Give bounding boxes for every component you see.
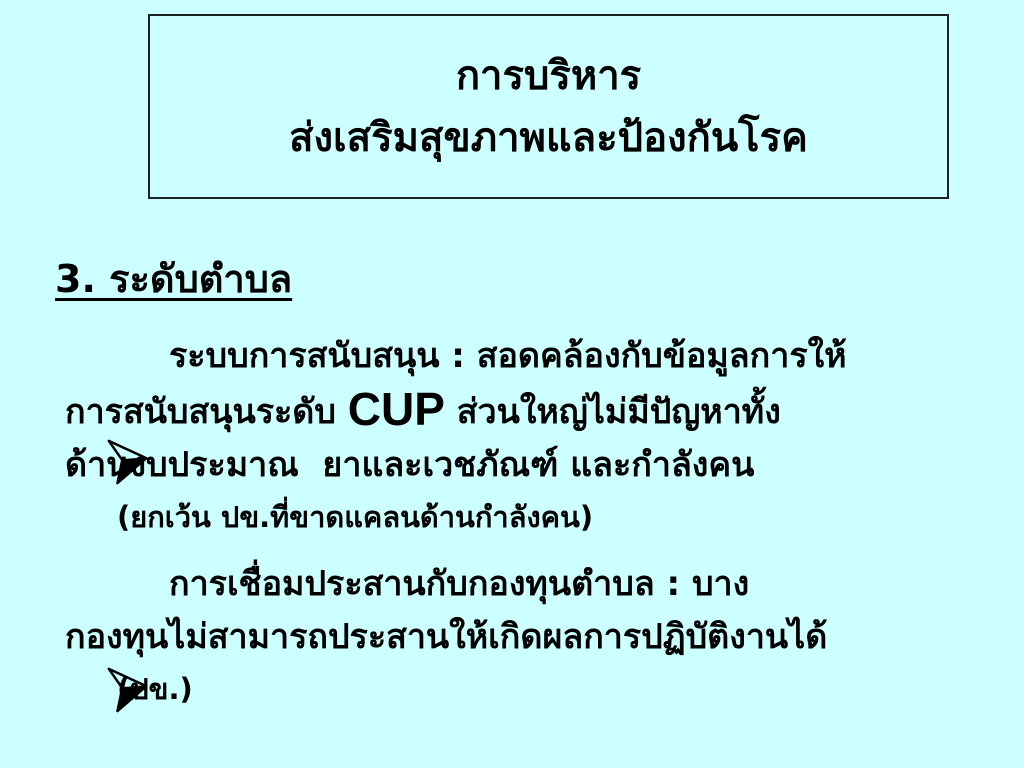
title-box: การบริหาร ส่งเสริมสุขภาพและป้องกันโรค xyxy=(148,14,949,199)
slide-canvas: { "slide": { "colors": { "background": "… xyxy=(0,0,1024,768)
slide-title-line-1: การบริหาร xyxy=(456,53,641,99)
cup-acronym: CUP xyxy=(348,383,445,435)
arrowhead-right-icon xyxy=(105,333,151,379)
bullet-1-text-2a: การสนับสนุนระดับ xyxy=(65,392,348,432)
slide-title-line-2: ส่งเสริมสุขภาพและป้องกันโรค xyxy=(289,115,808,161)
bullet-2-line-3: (ปข.) xyxy=(117,664,995,714)
bullet-2-text-1: การเชื่อมประสานกับกองทุนตำบล : บาง xyxy=(169,558,749,611)
bullet-2-line-1: การเชื่อมประสานกับกองทุนตำบล : บาง xyxy=(105,558,995,611)
bullet-2-line-2: กองทุนไม่สามารถประสานให้เกิดผลการปฏิบัติ… xyxy=(65,611,995,664)
bullet-1-line-1: ระบบการสนับสนุน : สอดคล้องกับข้อมูลการให… xyxy=(105,330,995,383)
bullet-paragraph-2: การเชื่อมประสานกับกองทุนตำบล : บาง กองทุ… xyxy=(65,558,995,714)
bullet-1-line-3: ด้านงบประมาณ ยาและเวชภัณฑ์ และกำลังคน xyxy=(65,439,995,492)
arrowhead-right-icon xyxy=(105,561,151,607)
bullet-1-line-2: การสนับสนุนระดับ CUP ส่วนใหญ่ไม่มีปัญหาท… xyxy=(65,383,995,439)
section-heading: 3. ระดับตำบล xyxy=(55,248,292,309)
bullet-1-text-1: ระบบการสนับสนุน : สอดคล้องกับข้อมูลการให… xyxy=(169,330,847,383)
bullet-1-line-4: (ยกเว้น ปข.ที่ขาดแคลนด้านกำลังคน) xyxy=(117,492,995,542)
bullet-paragraph-1: ระบบการสนับสนุน : สอดคล้องกับข้อมูลการให… xyxy=(65,330,995,542)
bullet-1-text-2b: ส่วนใหญ่ไม่มีปัญหาทั้ง xyxy=(445,392,781,432)
